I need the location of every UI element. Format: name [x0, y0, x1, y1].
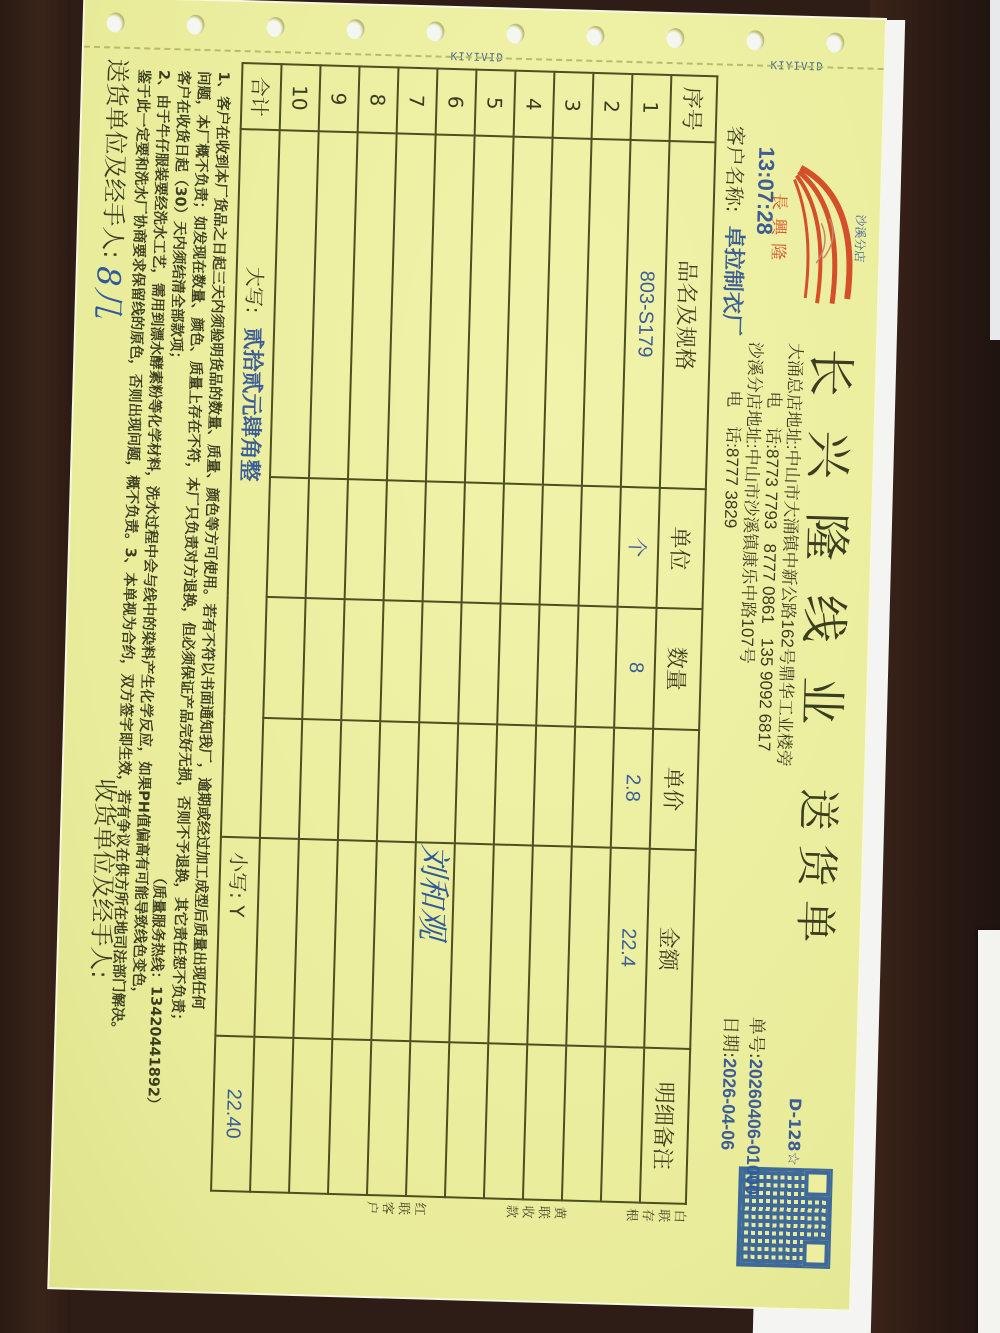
row-qty: [419, 602, 461, 723]
row-qty: [380, 600, 422, 721]
order-date: 日期:2026-04-06: [715, 1016, 745, 1151]
row-qty: [263, 597, 305, 718]
row-price: 2.8: [611, 727, 653, 848]
row-amount: [566, 846, 611, 1046]
tractor-hole: [826, 32, 845, 52]
branch-phones: 电 话:8777 3829: [720, 336, 750, 529]
total-label: 合计: [241, 63, 282, 130]
document-code: D-128☆: [784, 1098, 805, 1166]
document-title: 送货单: [787, 788, 852, 958]
row-qty: [458, 603, 500, 724]
row-amount: [293, 839, 338, 1039]
row-price: [299, 719, 341, 840]
branch-phone-label: 电 话:: [722, 336, 750, 449]
row-unit: [462, 482, 504, 603]
qr-code: [736, 1166, 833, 1269]
row-note: [445, 1042, 488, 1198]
row-no: 4: [514, 71, 555, 138]
tractor-hole: [266, 17, 285, 37]
copy-labels: 白联存根 黄联收款 红联客户: [686, 1210, 687, 1240]
capital-amount: 贰拾贰元肆角整: [236, 327, 265, 482]
row-amount: 刘和观: [410, 842, 455, 1042]
row-amount: [371, 841, 416, 1041]
row-unit: [423, 481, 465, 602]
order-number-label: 单号:: [745, 1017, 767, 1060]
row-price: [533, 725, 575, 846]
copy-yellow: 黄联收款: [502, 1205, 566, 1223]
row-note: [328, 1039, 371, 1195]
row-amount: [527, 845, 572, 1045]
tractor-hole: [666, 28, 685, 48]
row-note: [250, 1037, 293, 1193]
row-unit: [579, 486, 621, 607]
row-price: [416, 722, 458, 843]
sender-signature-field: 送货单位及经手人: 8几: [92, 58, 145, 319]
copy-white: 白联存根: [622, 1208, 686, 1226]
header-name: 品名及规格: [660, 141, 716, 489]
row-no: 2: [592, 73, 633, 140]
copy-red: 红联客户: [362, 1201, 426, 1219]
row-no: 9: [319, 65, 360, 132]
header-amount: 金额: [644, 849, 696, 1049]
row-unit: [345, 479, 387, 600]
row-note: [601, 1047, 644, 1203]
row-no: 10: [280, 64, 321, 131]
row-qty: [302, 598, 344, 719]
row-price: [260, 717, 302, 838]
row-qty: [536, 605, 578, 726]
row-price: [338, 720, 380, 841]
row-no: 6: [436, 69, 477, 136]
customer-label: 客户名称:: [721, 126, 752, 214]
row-qty: [341, 599, 383, 720]
row-amount: 22.4: [605, 848, 650, 1048]
row-note: [523, 1044, 566, 1200]
header-note: 明细备注: [640, 1048, 690, 1204]
header-no: 序号: [670, 75, 718, 143]
row-unit: [267, 477, 309, 598]
total-amount: 22.40: [211, 1036, 254, 1192]
sender-signature: 8几: [88, 266, 127, 319]
order-date-label: 日期:: [719, 1016, 741, 1059]
capital-label: 大写:: [242, 266, 267, 313]
row-no: 5: [475, 70, 516, 137]
tear-line: [84, 46, 884, 70]
row-no: 1: [631, 74, 672, 141]
delivery-note: KIYIVID KIYIVID 沙溪分店 長興隆 13:07:28 客户名称: …: [49, 0, 885, 1309]
header-price: 单价: [650, 728, 699, 850]
row-note: [484, 1043, 527, 1199]
company-logo: 沙溪分店 長興隆: [772, 157, 871, 310]
row-amount: [254, 838, 299, 1038]
items-table: 序号 品名及规格 单位 数量 单价 金额 明细备注 1 803-S179 个 8…: [210, 62, 718, 1205]
tractor-hole: [426, 21, 445, 41]
receiver-signature-field: 收货单位及经手人:: [85, 778, 126, 979]
receiver-label: 收货单位及经手人:: [86, 778, 120, 979]
tractor-hole: [186, 15, 205, 35]
order-date-value: 2026-04-06: [717, 1058, 740, 1151]
row-unit: [384, 480, 426, 601]
row-price: [494, 724, 536, 845]
small-label: 小写: Y: [215, 837, 260, 1037]
header-unit: 单位: [656, 488, 705, 610]
branch-phone-value: 8777 3829: [721, 448, 742, 529]
row-price: [455, 723, 497, 844]
row-price: [377, 721, 419, 842]
tractor-hole: [746, 30, 765, 50]
row-unit: 个: [618, 487, 660, 608]
row-note: [289, 1038, 332, 1194]
background-paper-bottom: [978, 930, 1000, 1333]
print-time: 13:07:28: [751, 146, 779, 235]
tractor-hole: [506, 23, 525, 43]
row-unit: [501, 483, 543, 604]
row-note: [562, 1045, 605, 1201]
row-note: [406, 1041, 449, 1197]
row-no: 7: [397, 67, 438, 134]
row-amount: [488, 844, 533, 1044]
row-no: 3: [553, 72, 594, 139]
row-no: 8: [358, 66, 399, 133]
row-qty: [575, 606, 617, 727]
logo-branch-text: 沙溪分店: [851, 214, 869, 262]
tractor-hole: [346, 19, 365, 39]
row-unit: [306, 478, 348, 599]
row-qty: [497, 604, 539, 725]
row-amount: [332, 840, 377, 1040]
header-qty: 数量: [653, 608, 702, 730]
row-unit: [540, 485, 582, 606]
tractor-hole: [106, 12, 125, 32]
background-paper-top: [990, 0, 1000, 340]
customer-name: 卓拉制衣厂: [717, 225, 751, 336]
row-price: [572, 726, 614, 847]
sender-label: 送货单位及经手人:: [98, 58, 132, 259]
row-note: [367, 1040, 410, 1196]
slip-header: 沙溪分店 長興隆 13:07:28 客户名称: 卓拉制衣厂 长兴隆线业 送货单 …: [690, 86, 883, 1290]
receiver-signature: 刘和观: [411, 843, 460, 940]
tractor-hole: [586, 26, 605, 46]
row-qty: 8: [614, 607, 656, 728]
